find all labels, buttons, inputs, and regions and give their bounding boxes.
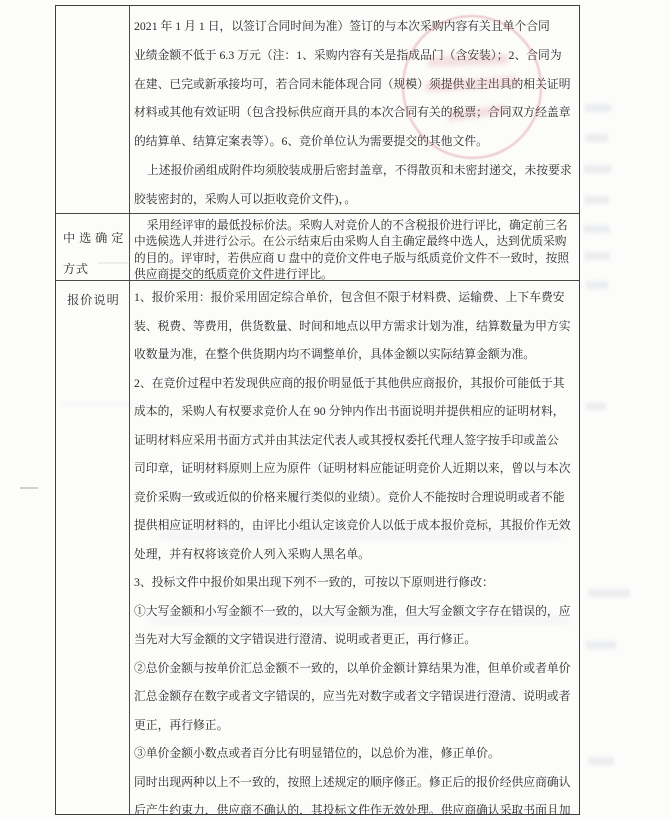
row-label-quotation-notes: 报价说明 [56,286,129,314]
text-line: 装、税费、等费用，供货数量、时间和地点以甲方需求计划为准，结算数量为甲方实 [134,312,574,341]
text-line: 1、报价采用：报价采用固定综合单价，包含但不限于材料费、运输费、上下车费安 [134,283,574,312]
text-line: 处理，并有权将该竞价人列入采购人黑名单。 [134,540,574,569]
text-line: 业绩金额不低于 6.3 万元（注：1、采购内容有关是指成品门（含安装）；2、合同… [134,41,574,70]
text-line: ②总价金额与按单价汇总金额不一致的，以单价金额计算结果为准，但单价或者单价 [134,654,574,683]
text-line: 汇总金额存在数字或者文字错误的，应当先对数字或者文字错误进行澄清、说明或者 [134,682,574,711]
bleed-through-ghost [584,225,610,233]
text-line: 2、在竞价过程中若发现供应商的报价明显低于其他供应商报价，其报价可能低于其 [134,369,574,398]
row-label-selection-method: 中选确定方式 [56,223,129,280]
text-line: 成本的，采购人有权要求竞价人在 90 分钟内作出书面说明并提供相应的证明材料， [134,397,574,426]
bleed-through-ghost [586,281,608,289]
row-label-cell: 报价说明 [56,281,130,814]
row-content-quotation-notes: 1、报价采用：报价采用固定综合单价，包含但不限于材料费、运输费、上下车费安 装、… [130,281,579,814]
bleed-through-ghost [585,196,609,204]
text-line: 后产生约束力，供应商不确认的，其投标文件作无效处理。供应商确认采取书面且加 [134,796,574,814]
text-line: 采用经评审的最低投标价法。采购人对竞价人的不含税报价进行评比，确定前三名 [134,218,574,234]
bleed-through-ghost [588,757,614,765]
row-content-selection-method: 采用经评审的最低投标价法。采购人对竞价人的不含税报价进行评比，确定前三名 中选候… [130,214,579,280]
row-label-cell: 中选确定方式 [56,214,130,280]
text-line: ③单价金额小数点或者百分比有明显错位的，以总价为准，修正单价。 [134,739,574,768]
bleed-through-ghost [586,403,606,410]
text-line: 证明材料应采用书面方式并由其法定代表人或其授权委托代理人签字按手印或盖公 [134,426,574,455]
scan-dash-mark [20,487,38,489]
text-line: 3、投标文件中报价如果出现下列不一致的，可按以下原则进行修改： [134,568,574,597]
bleed-through-ghost [586,641,616,649]
text-line: 司印章，证明材料原则上应为原件（证明材料应能证明竞价人近期以来，曾以与本次 [134,454,574,483]
text-line: ①大写金额和小写金额不一致的，以大写金额为准，但大写金额文字存在错误的，应 [134,597,574,626]
text-line: 2021 年 1 月 1 日，以签订合同时间为准）签订的与本次采购内容有关且单个… [134,12,574,41]
text-line: 当先对大写金额的文字错误进行澄清、说明或者更正，再行修正。 [134,625,574,654]
row-content-continuation: 2021 年 1 月 1 日，以签订合同时间为准）签订的与本次采购内容有关且单个… [130,6,579,213]
text-line: 收数量为准，在整个供货期内均不调整单价，具体金额以实际结算金额为准。 [134,340,574,369]
text-line: 更正，再行修正。 [134,711,574,740]
text-line: 的目的。评审时，若供应商 U 盘中的竞价文件电子版与纸质竞价文件不一致时，按照 [134,251,574,267]
table-row-selection-method: 中选确定方式 采用经评审的最低投标价法。采购人对竞价人的不含税报价进行评比，确定… [56,213,579,280]
bleed-through-ghost [585,104,611,112]
text-line: 的结算单、结算定案表等）。6、竞价单位认为需要提交的其他文件。 [134,127,574,156]
procurement-terms-table: 2021 年 1 月 1 日，以签订合同时间为准）签订的与本次采购内容有关且单个… [55,5,580,815]
text-line: 供应商提交的纸质竞价文件进行评比。 [134,267,574,280]
bleed-through-ghost [586,134,608,142]
bleed-through-ghost [588,589,630,597]
text-line: 上述报价函组成附件均须胶装成册后密封盖章，不得散页和未密封递交，未按要求 [134,156,574,185]
text-line: 胶装密封的，采购人可以拒收竞价文件)，。 [134,185,574,213]
bleed-through-ghost [585,252,610,260]
table-row-quotation-notes: 报价说明 1、报价采用：报价采用固定综合单价，包含但不限于材料费、运输费、上下车… [56,280,579,814]
bleed-through-ghost [584,165,611,173]
text-line: 材料或其他有效证明（包含投标供应商开具的本次合同有关的税票；合同双方经盖章 [134,98,574,127]
text-line: 竞价采购一致或近似的价格来履行类似的业绩）。竞价人不能按时合理说明或者不能 [134,483,574,512]
text-line: 中选候选人并进行公示。在公示结束后由采购人自主确定最终中选人，达到优质采购 [134,234,574,250]
row-label-cell-empty [56,6,130,213]
scanned-document-page: 2021 年 1 月 1 日，以签订合同时间为准）签订的与本次采购内容有关且单个… [0,0,671,819]
text-line: 同时出现两种以上不一致的，按照上述规定的顺序修正。修正后的报价经供应商确认 [134,768,574,797]
text-line: 提供相应证明材料的，由评比小组认定该竞价人以低于成本报价竞标，其报价作无效 [134,511,574,540]
text-line: 在建、已完或新承接均可，若合同未能体现合同（规模）须提供业主出具的相关证明 [134,70,574,99]
table-row-continuation: 2021 年 1 月 1 日，以签订合同时间为准）签订的与本次采购内容有关且单个… [56,6,579,213]
